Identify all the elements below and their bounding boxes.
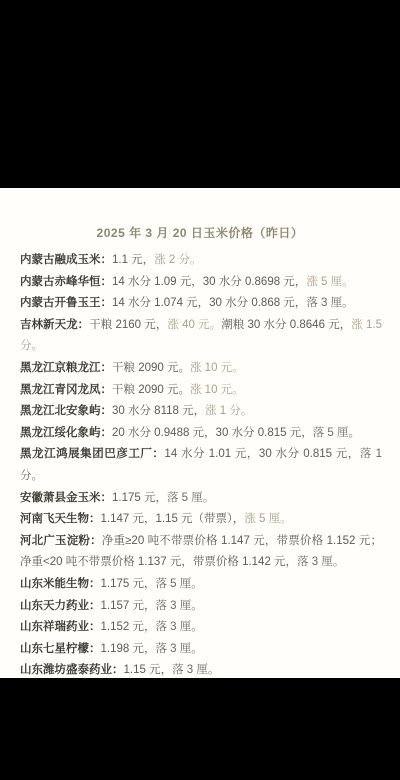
price-line: 山东七星柠檬：1.198 元，落 3 厘。 — [20, 639, 382, 661]
price-line: 山东潍坊盛泰药业：1.15 元，落 3 厘。 — [20, 660, 382, 682]
company-name: 山东祥瑞药业： — [20, 621, 101, 633]
price-line: 吉林新天龙：干粮 2160 元，涨 40 元。潮粮 30 水分 0.8646 元… — [20, 315, 382, 358]
price-segment-normal: 14 水分 1.09 元，30 水分 0.8698 元， — [112, 276, 306, 288]
price-line: 内蒙古赤峰华恒：14 水分 1.09 元，30 水分 0.8698 元，涨 5 … — [20, 272, 382, 294]
price-segment-rise: 涨 10 元。 — [190, 384, 244, 396]
company-name: 吉林新天龙： — [20, 319, 89, 331]
price-line: 山东米能生物：1.175 元，落 5 厘。 — [20, 574, 382, 596]
price-segment-normal: 干粮 2090 元。 — [112, 384, 190, 396]
price-bulletin-panel: 2025 年 3 月 20 日玉米价格（昨日） 内蒙古融成玉米：1.1 元，涨 … — [0, 188, 400, 678]
price-segment-fall: 落 5 厘。 — [313, 427, 360, 439]
price-line: 黑龙江鸿展集团巴彦工厂：14 水分 1.01 元，30 水分 0.815 元，落… — [20, 444, 382, 487]
price-segment-fall: 落 5 厘。 — [167, 492, 214, 504]
price-line: 河南飞天生物：1.147 元，1.15 元（带票），涨 5 厘。 — [20, 509, 382, 531]
price-segment-normal: 潮粮 30 水分 0.8646 元， — [221, 319, 351, 331]
price-segment-normal: 1.1 元， — [112, 254, 154, 266]
company-name: 黑龙江京粮龙江： — [20, 362, 112, 374]
price-segment-rise: 涨 10 元。 — [190, 362, 244, 374]
price-segment-fall: 落 3 厘。 — [155, 600, 202, 612]
price-segment-normal: 干粮 2160 元， — [89, 319, 167, 331]
price-line: 内蒙古开鲁玉王：14 水分 1.074 元，30 水分 0.868 元，落 3 … — [20, 293, 382, 315]
company-name: 山东潍坊盛泰药业： — [20, 664, 124, 676]
price-list: 内蒙古融成玉米：1.1 元，涨 2 分。内蒙古赤峰华恒：14 水分 1.09 元… — [0, 250, 400, 682]
company-name: 黑龙江北安象屿： — [20, 405, 112, 417]
price-segment-fall: 落 3 厘。 — [155, 621, 202, 633]
price-segment-rise: 涨 2 分。 — [154, 254, 201, 266]
company-name: 内蒙古赤峰华恒： — [20, 276, 112, 288]
company-name: 安徽萧县金玉米： — [20, 492, 112, 504]
company-name: 山东七星柠檬： — [20, 643, 101, 655]
price-segment-rise: 涨 5 厘。 — [244, 513, 291, 525]
company-name: 内蒙古融成玉米： — [20, 254, 112, 266]
company-name: 内蒙古开鲁玉王： — [20, 297, 112, 309]
price-segment-normal: 1.152 元， — [101, 621, 156, 633]
price-segment-normal: 1.198 元， — [101, 643, 156, 655]
price-line: 山东祥瑞药业：1.152 元，落 3 厘。 — [20, 617, 382, 639]
price-line: 内蒙古融成玉米：1.1 元，涨 2 分。 — [20, 250, 382, 272]
price-segment-fall: 落 3 厘。 — [306, 297, 353, 309]
price-segment-normal: 14 水分 1.074 元，30 水分 0.868 元， — [112, 297, 306, 309]
price-segment-normal: 1.157 元， — [101, 600, 156, 612]
price-line: 黑龙江京粮龙江：干粮 2090 元。涨 10 元。 — [20, 358, 382, 380]
price-segment-fall: 落 3 厘。 — [172, 664, 219, 676]
company-name: 黑龙江鸿展集团巴彦工厂： — [20, 448, 164, 460]
price-segment-normal: 20 水分 0.9488 元，30 水分 0.815 元， — [112, 427, 313, 439]
price-line: 黑龙江北安象屿：30 水分 8118 元，涨 1 分。 — [20, 401, 382, 423]
price-line: 黑龙江青冈龙凤：干粮 2090 元。涨 10 元。 — [20, 380, 382, 402]
price-segment-normal: 14 水分 1.01 元，30 水分 0.815 元， — [164, 448, 359, 460]
price-segment-normal: 1.147 元，1.15 元（带票）， — [101, 513, 245, 525]
price-segment-fall: 落 3 厘。 — [297, 556, 344, 568]
price-segment-normal: 1.15 元， — [124, 664, 173, 676]
price-segment-normal: 30 水分 8118 元， — [112, 405, 205, 417]
company-name: 黑龙江绥化象屿： — [20, 427, 112, 439]
price-line: 黑龙江绥化象屿：20 水分 0.9488 元，30 水分 0.815 元，落 5… — [20, 423, 382, 445]
page-title: 2025 年 3 月 20 日玉米价格（昨日） — [0, 224, 400, 241]
price-segment-rise: 涨 40 元。 — [167, 319, 221, 331]
price-segment-normal: 干粮 2090 元。 — [112, 362, 190, 374]
price-segment-rise: 涨 5 厘。 — [306, 276, 353, 288]
price-line: 山东天力药业：1.157 元，落 3 厘。 — [20, 596, 382, 618]
company-name: 河北广玉淀粉： — [20, 535, 102, 547]
price-segment-fall: 落 5 厘。 — [155, 578, 202, 590]
price-segment-normal: 1.175 元， — [101, 578, 156, 590]
price-line: 安徽萧县金玉米：1.175 元，落 5 厘。 — [20, 488, 382, 510]
price-segment-fall: 落 3 厘。 — [155, 643, 202, 655]
company-name: 山东米能生物： — [20, 578, 101, 590]
price-segment-normal: 1.175 元， — [112, 492, 167, 504]
company-name: 河南飞天生物： — [20, 513, 101, 525]
price-line: 河北广玉淀粉：净重≥20 吨不带票价格 1.147 元，带票价格 1.152 元… — [20, 531, 382, 574]
company-name: 山东天力药业： — [20, 600, 101, 612]
company-name: 黑龙江青冈龙凤： — [20, 384, 112, 396]
price-segment-rise: 涨 1 分。 — [205, 405, 252, 417]
